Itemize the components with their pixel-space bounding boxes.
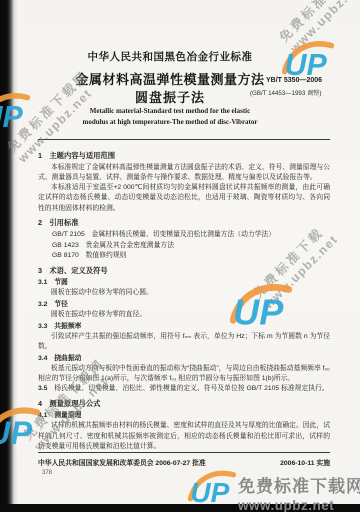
section-heading: 3.1 节圆 <box>38 278 330 288</box>
section-heading: 2 引用标准 <box>38 218 330 228</box>
footer-divider <box>38 452 330 453</box>
english-title-line2: modulus at high temperature-The method o… <box>14 118 326 126</box>
paragraph: GB/T 2105 金属材料杨氏模量、切变模量及泊松比测量方法（动力学法） <box>38 230 330 240</box>
footer-implementation: 2006-10-11 实施 <box>14 457 330 467</box>
section-heading: 3.3 共振频率 <box>38 322 330 332</box>
paragraph: GB 8170 数值修约规则 <box>38 251 330 261</box>
section-heading: 4 测量原理与公式 <box>38 399 330 409</box>
watermark-site-name: 免费标准下载 <box>275 0 357 45</box>
upbz-logo-icon: UP <box>188 466 236 508</box>
paragraph: 圆板在振动中位移为零的直径。 <box>38 310 330 320</box>
watermark-top-right: 免费标准下载 www.upbz.net <box>275 0 360 55</box>
paragraph: GB 1423 贵金属及其合金密度测量方法 <box>38 241 330 251</box>
binding-shadow-strip <box>0 0 18 512</box>
standard-number: YB/T 5350—2006 <box>266 77 322 84</box>
paragraph: 板基元振动方向与板的中性面垂直的振动称为“挠曲振动”，与周边自由板挠曲振动基频频… <box>38 364 330 384</box>
section-heading: 4.1 测量原理 <box>38 411 330 421</box>
page-number: 378 <box>42 470 52 476</box>
svg-text:UP: UP <box>190 477 229 508</box>
english-title-line1: Metallic material-Standard test method f… <box>14 107 326 115</box>
paragraph: 3.5 杨氏模量、切变模量、泊松比、弹性模量的定义、符号及单位按 GB/T 21… <box>38 384 330 394</box>
scanned-standard-page: 中华人民共和国黑色冶金行业标准 金属材料高温弹性模量测量方法 圆盘振子法 YB/… <box>0 0 360 512</box>
paragraph: 本标准规定了金属材料高温弹性模量测量方法圆盘振子法的术语、定义、符号、测量原理与… <box>38 163 330 183</box>
clause-number: 3.5 <box>38 385 47 392</box>
section-heading: 3.2 节径 <box>38 300 330 310</box>
standard-adjust-note: (GB/T 14453—1993 调整) <box>250 88 321 97</box>
paragraph: 引致试样产生共振的强迫振动频率，用符号 fₙₘ 表示，单位为 Hz；下标 m 为… <box>38 332 330 352</box>
section-heading: 1 主题内容与适用范围 <box>38 151 330 161</box>
watermark-site-url: www.upbz.net <box>287 0 360 55</box>
header-divider <box>38 139 330 140</box>
standard-class-label: 中华人民共和国黑色冶金行业标准 <box>14 49 326 64</box>
content-area: 1 主题内容与适用范围本标准规定了金属材料高温弹性模量测量方法圆盘振子法的术语、… <box>38 146 330 452</box>
paragraph: 圆板在振动中位移为零的同心圆。 <box>38 288 330 298</box>
section-heading: 3.4 挠曲振动 <box>38 354 330 364</box>
paragraph: 本标准适用于室温至+2 000℃间材质均匀的金属材料圆盘状试样共振频率的测量，由… <box>38 183 330 214</box>
section-heading: 3 术语、定义及符号 <box>38 266 330 276</box>
watermark-site-name: 免费标准下载网 <box>238 472 360 497</box>
paragraph: 试样的机械共振频率由材料的杨氏模量、密度和试样的直径及其与厚度的比值确定。因此，… <box>38 421 330 452</box>
bottom-scan-strip <box>0 504 360 512</box>
